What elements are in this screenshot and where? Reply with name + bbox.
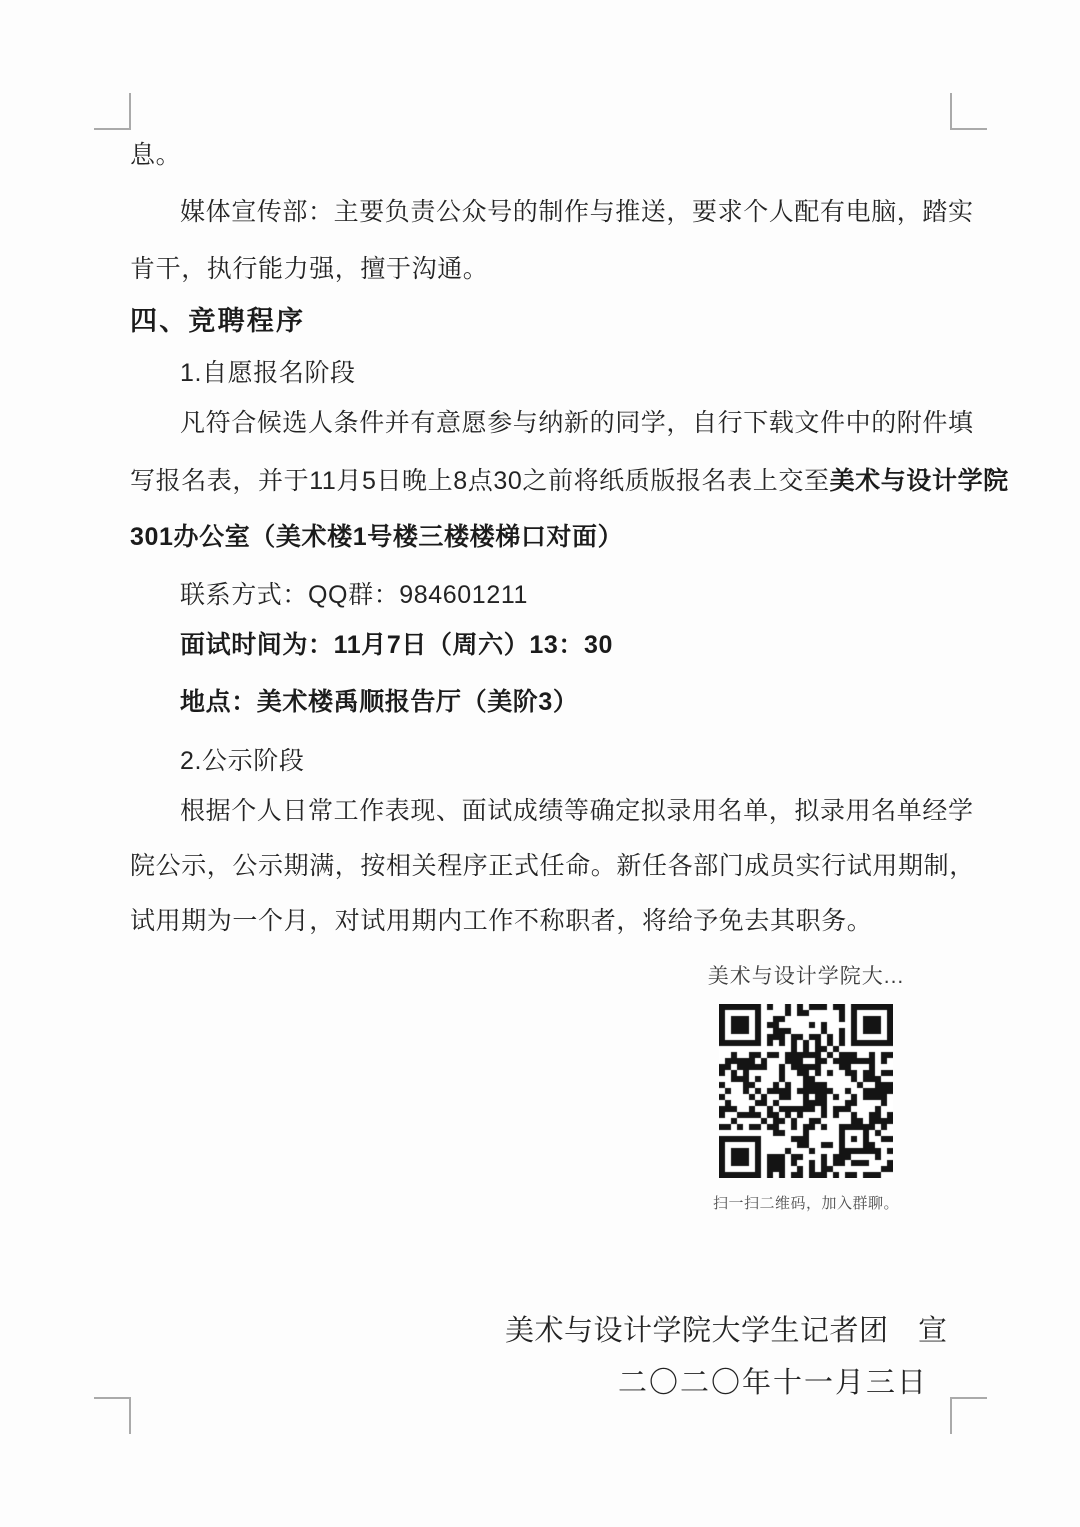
body-line-text: 写报名表，并于11月5日晚上8点30之前将纸质版报名表上交至 [130,467,830,495]
subheading-text: 2.公示阶段 [180,747,304,775]
body-line: 凡符合候选人条件并有意愿参与纳新的同学，自行下载文件中的附件填 [180,408,974,438]
qr-card-title: 美术与设计学院大... [700,960,912,990]
body-line-bold-tail: 美术与设计学院 [830,467,1009,495]
text-boundary-mark-top-right [950,93,987,130]
body-line: 试用期为一个月，对试用期内工作不称职者，将给予免去其职务。 [130,906,872,936]
qq-group-qr-code [719,1004,893,1178]
date-line: 二〇二〇年十一月三日 [618,1360,928,1401]
body-line: 院公示，公示期满，按相关程序正式任命。新任各部门成员实行试用期制， [130,851,975,881]
text-boundary-mark-top-left [94,93,131,130]
qr-card-caption: 扫一扫二维码，加入群聊。 [700,1192,912,1213]
heading-text: 四、竞聘程序 [130,306,305,336]
qr-card: 美术与设计学院大... 扫一扫二维码，加入群聊。 [700,960,912,1213]
body-line: 息。 [130,140,181,170]
line-interview-time: 面试时间为：11月7日（周六）13：30 [180,630,613,660]
body-line-text: 面试时间为：11月7日（周六）13：30 [180,631,613,659]
heading-section-procedure: 四、竞聘程序 [130,306,305,336]
body-line-text: 试用期为一个月，对试用期内工作不称职者，将给予免去其职务。 [130,907,872,935]
body-line-office-location: 301办公室（美术楼1号楼三楼楼梯口对面） [130,522,623,552]
line-interview-location: 地点：美术楼禹顺报告厅（美阶3） [180,687,579,717]
body-line-text: 院公示，公示期满，按相关程序正式任命。新任各部门成员实行试用期制， [130,852,975,880]
body-line-submission: 写报名表，并于11月5日晚上8点30之前将纸质版报名表上交至美术与设计学院 [130,466,1009,496]
body-line: 根据个人日常工作表现、面试成绩等确定拟录用名单，拟录用名单经学 [180,796,974,826]
body-line-media-dept: 媒体宣传部：主要负责公众号的制作与推送，要求个人配有电脑，踏实 [180,197,974,227]
body-line-text: 地点：美术楼禹顺报告厅（美阶3） [180,688,579,716]
body-line-text: 301办公室（美术楼1号楼三楼楼梯口对面） [130,523,623,551]
text-boundary-mark-bottom-right [950,1397,987,1434]
body-line-text: 联系方式：QQ群：984601211 [180,581,528,609]
subheading-signup-stage: 1.自愿报名阶段 [180,358,356,388]
body-line-text: 媒体宣传部：主要负责公众号的制作与推送，要求个人配有电脑，踏实 [180,198,974,226]
body-line-text: 肯干，执行能力强，擅于沟通。 [130,255,488,283]
document-page: 息。 媒体宣传部：主要负责公众号的制作与推送，要求个人配有电脑，踏实 肯干，执行… [0,0,1080,1527]
body-line: 肯干，执行能力强，擅于沟通。 [130,254,488,284]
text-boundary-mark-bottom-left [94,1397,131,1434]
subheading-text: 1.自愿报名阶段 [180,359,356,387]
body-line-text: 息。 [130,141,181,169]
signature-line: 美术与设计学院大学生记者团 宣 [505,1308,948,1349]
line-contact-qq: 联系方式：QQ群：984601211 [180,580,528,610]
body-line-text: 凡符合候选人条件并有意愿参与纳新的同学，自行下载文件中的附件填 [180,409,974,437]
subheading-publicity-stage: 2.公示阶段 [180,746,304,776]
body-line-text: 根据个人日常工作表现、面试成绩等确定拟录用名单，拟录用名单经学 [180,797,974,825]
